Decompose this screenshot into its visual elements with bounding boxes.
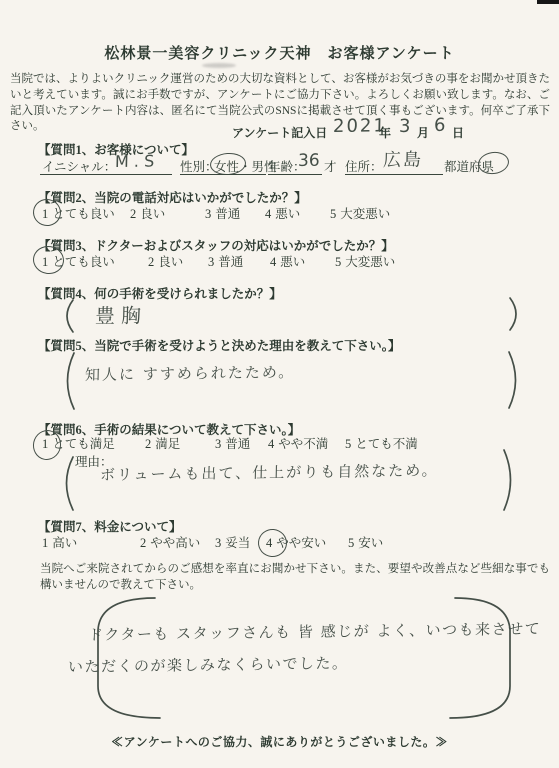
- q7-option-2: 2やや高い: [140, 533, 200, 551]
- q6-option-1-label: とても満足: [52, 437, 115, 451]
- q7-option-3: 3妥当: [215, 533, 250, 551]
- q2-option-3-label: 普通: [215, 207, 240, 221]
- q3-option-4: 4悪い: [270, 252, 305, 270]
- q6-option-2-number: 2: [145, 437, 151, 451]
- q2-option-4: 4悪い: [265, 204, 300, 222]
- q7-option-5: 5安い: [348, 533, 383, 551]
- q6-option-5: 5とても不満: [345, 434, 418, 452]
- q7-option-3-label: 妥当: [225, 536, 250, 550]
- q4-left-bracket: [58, 298, 76, 334]
- q7-option-5-label: 安い: [358, 536, 383, 550]
- q7-option-5-number: 5: [348, 536, 354, 550]
- q6-option-3: 3普通: [215, 434, 250, 452]
- q3-option-3-number: 3: [208, 255, 214, 269]
- q3-option-3-label: 普通: [218, 255, 243, 269]
- date-label: アンケート記入日: [232, 124, 327, 141]
- q5-left-bracket: [58, 351, 78, 411]
- date-month-handwritten: 3: [399, 116, 411, 137]
- q1-initial-underline: [40, 174, 172, 175]
- q5-answer-handwritten: 知人に すすめられたため。: [85, 361, 296, 385]
- q2-option-2-label: 良い: [140, 207, 165, 221]
- q3-option-4-number: 4: [270, 255, 276, 269]
- scanned-survey-sheet: 松林景一美容クリニック天神 お客様アンケート 当院では、よりよいクリニック運営の…: [0, 0, 559, 768]
- q3-option-5-number: 5: [335, 255, 341, 269]
- q3-option-3: 3普通: [208, 252, 243, 270]
- scan-corner-artifact: [537, 0, 559, 4]
- q6-option-2-label: 満足: [155, 437, 180, 451]
- q3-option-4-label: 悪い: [280, 255, 305, 269]
- date-day-handwritten: 6: [434, 115, 446, 136]
- page-title: 松林景一美容クリニック天神 お客様アンケート: [0, 42, 559, 63]
- q2-option-5-label: 大変悪い: [340, 207, 390, 221]
- q1-gender-underline: [180, 174, 266, 175]
- q3-option-2: 2良い: [148, 252, 183, 270]
- q6-options-row: 1とても満足 2満足 3普通 4やや不満 5とても不満: [0, 434, 559, 452]
- date-month-unit: 月: [417, 124, 429, 141]
- q2-options-row: 1とても良い 2良い 3普通 4悪い 5大変悪い: [0, 204, 559, 222]
- q3-option-2-label: 良い: [158, 255, 183, 269]
- feedback-prompt: 当院へご来院されてからのご感想を率直にお聞かせ下さい。また、要望や改善点など些細…: [40, 562, 550, 594]
- q1-address-label: 住所：: [345, 157, 383, 175]
- q5-right-bracket: [505, 350, 525, 410]
- q2-option-3: 3普通: [205, 204, 240, 222]
- q6-option-4: 4やや不満: [268, 434, 328, 452]
- q6-left-bracket: [57, 455, 77, 512]
- q2-option-2-number: 2: [130, 207, 136, 221]
- q1-age-underline: [268, 174, 322, 175]
- q6-reason-handwritten: ボリュームも出て、仕上がりも自然なため。: [100, 459, 439, 485]
- q1-address-handwritten: 広島: [383, 145, 424, 172]
- footer-thanks: ≪アンケートへのご協力、誠にありがとうございました。≫: [0, 733, 559, 750]
- q6-option-2: 2満足: [145, 434, 180, 452]
- q1-age-unit: 才: [324, 157, 337, 175]
- q2-option-1-label: とても良い: [52, 207, 115, 221]
- q1-age-handwritten: 36: [298, 151, 320, 171]
- q7-option-2-number: 2: [140, 536, 146, 550]
- q2-option-4-number: 4: [265, 207, 271, 221]
- q3-option-2-number: 2: [148, 255, 154, 269]
- q2-option-5-number: 5: [330, 207, 336, 221]
- q4-answer-handwritten: 豊胸: [95, 299, 148, 329]
- q6-right-bracket: [500, 448, 520, 512]
- q6-option-3-number: 3: [215, 437, 221, 451]
- q4-right-bracket: [507, 296, 525, 332]
- q7-option-2-label: やや高い: [150, 536, 200, 550]
- q1-initial-handwritten: M . S: [115, 151, 155, 171]
- q1-address-underline: [345, 174, 443, 175]
- q6-option-4-label: やや不満: [278, 437, 328, 451]
- q6-option-4-number: 4: [268, 437, 274, 451]
- scan-smudge-artifact: [202, 63, 236, 68]
- q2-option-3-number: 3: [205, 207, 211, 221]
- q7-option-1-number: 1: [42, 536, 48, 550]
- q6-option-5-number: 5: [345, 437, 351, 451]
- q6-option-3-label: 普通: [225, 437, 250, 451]
- q7-option-1: 1高い: [42, 533, 77, 551]
- feedback-answer-line2-handwritten: いただくのが楽しみなくらいでした。: [68, 652, 349, 677]
- q7-option-1-label: 高い: [52, 536, 77, 550]
- q3-option-5-label: 大変悪い: [345, 255, 395, 269]
- q2-option-5: 5大変悪い: [330, 204, 390, 222]
- q3-option-5: 5大変悪い: [335, 252, 395, 270]
- q2-option-4-label: 悪い: [275, 207, 300, 221]
- q7-option-3-number: 3: [215, 536, 221, 550]
- q2-option-2: 2良い: [130, 204, 165, 222]
- q1-initial-label: イニシャル：: [42, 157, 116, 175]
- date-day-unit: 日: [452, 124, 464, 141]
- date-year-unit: 年: [379, 124, 391, 141]
- q5-heading: 【質問5、当院で手術を受けようと決めた理由を教えて下さい。】: [38, 336, 401, 354]
- q6-option-5-label: とても不満: [355, 437, 418, 451]
- q3-options-row: 1とても良い 2良い 3普通 4悪い 5大変悪い: [0, 252, 559, 270]
